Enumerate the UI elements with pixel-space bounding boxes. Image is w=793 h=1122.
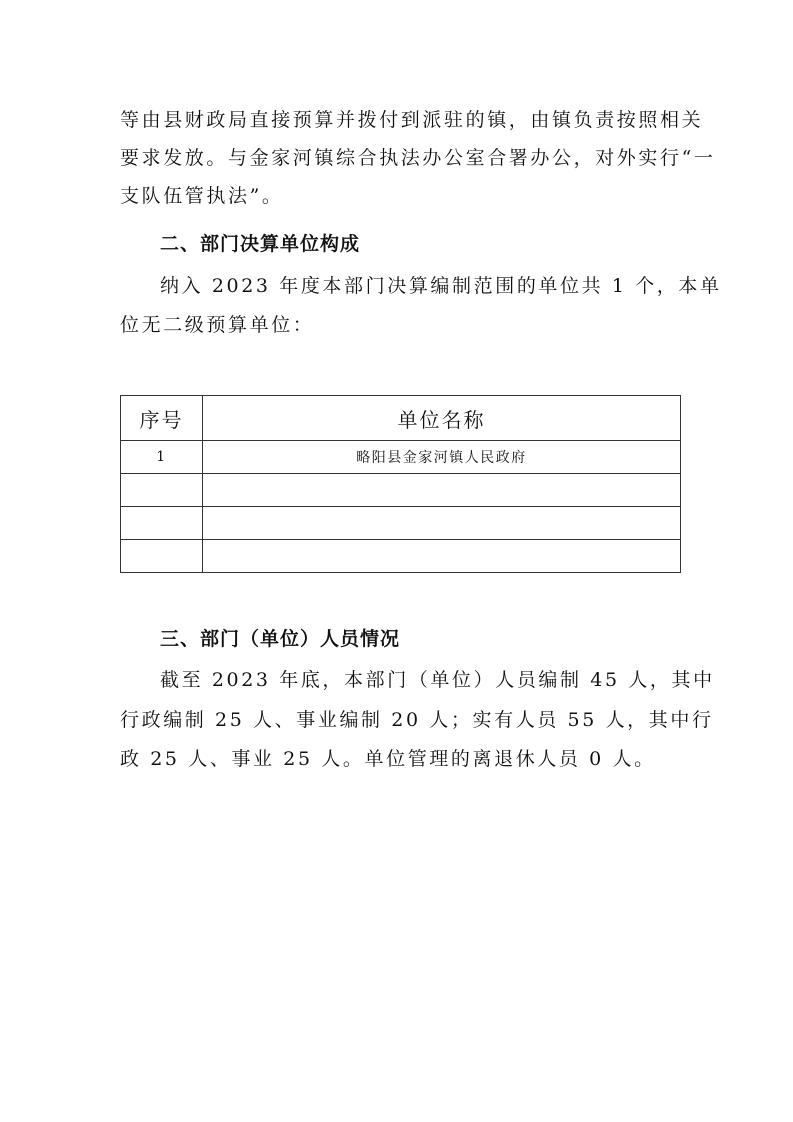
cell-index <box>121 540 203 573</box>
cell-index: 1 <box>121 441 203 474</box>
header-unit-name: 单位名称 <box>203 396 681 441</box>
intro-line-3: 支队伍管执法”。 <box>120 184 680 208</box>
cell-index <box>121 474 203 507</box>
section-2-line-2: 位无二级预算单位： <box>120 313 680 337</box>
cell-unit-name <box>203 540 681 573</box>
section-3-line-3: 政 25 人、事业 25 人。单位管理的离退休人员 0 人。 <box>120 747 680 771</box>
cell-unit-name <box>203 474 681 507</box>
section-3-line-1: 截至 2023 年底，本部门（单位）人员编制 45 人，其中 <box>160 668 680 692</box>
cell-index <box>121 507 203 540</box>
table-row <box>121 507 681 540</box>
intro-line-1: 等由县财政局直接预算并拨付到派驻的镇，由镇负责按照相关 <box>120 108 680 132</box>
section-2-line-1: 纳入 2023 年度本部门决算编制范围的单位共 1 个，本单 <box>160 274 680 298</box>
table-row <box>121 540 681 573</box>
table-row <box>121 474 681 507</box>
header-index: 序号 <box>121 396 203 441</box>
table-header-row: 序号 单位名称 <box>121 396 681 441</box>
section-2-heading: 二、部门决算单位构成 <box>160 232 360 256</box>
section-3-heading: 三、部门（单位）人员情况 <box>160 627 400 651</box>
cell-unit-name: 略阳县金家河镇人民政府 <box>203 441 681 474</box>
cell-unit-name <box>203 507 681 540</box>
unit-table: 序号 单位名称 1 略阳县金家河镇人民政府 <box>120 395 681 573</box>
section-3-line-2: 行政编制 25 人、事业编制 20 人；实有人员 55 人，其中行 <box>120 708 680 732</box>
table-row: 1 略阳县金家河镇人民政府 <box>121 441 681 474</box>
intro-line-2: 要求发放。与金家河镇综合执法办公室合署办公，对外实行“一 <box>120 146 680 170</box>
